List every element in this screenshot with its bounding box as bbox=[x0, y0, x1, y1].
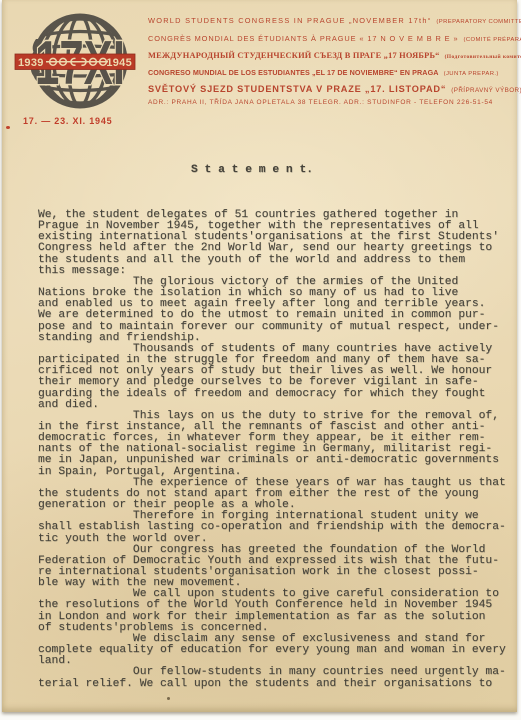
statement-paragraph: The experience of these years of war has… bbox=[38, 478, 516, 511]
paper-speck bbox=[167, 697, 170, 700]
letterhead-line: SVĚTOVÝ SJEZD STUDENTSTVA V PRAZE „17. L… bbox=[148, 84, 516, 99]
letterhead-line-text: CONGRÈS MONDIAL DES ÉTUDIANTS À PRAGUE «… bbox=[148, 34, 458, 43]
letterhead-line-text: SVĚTOVÝ SJEZD STUDENTSTVA V PRAZE „17. L… bbox=[148, 84, 446, 94]
statement-paragraph: Thousands of students of many countries … bbox=[38, 344, 516, 411]
page-root: { "letterhead": { "logo": { "monogram": … bbox=[0, 0, 521, 720]
letterhead-line-note: (JUNTA PREPAR.) bbox=[444, 71, 499, 77]
red-ink-fleck bbox=[6, 126, 10, 129]
letterhead-line-text: WORLD STUDENTS CONGRESS IN PRAGUE „NOVEM… bbox=[148, 16, 431, 25]
document-paper: 17XI 1939 1945 bbox=[2, 0, 517, 712]
congress-dates: 17. — 23. XI. 1945 bbox=[23, 116, 112, 126]
globe-broken-chain-emblem: 17XI 1939 1945 bbox=[24, 11, 136, 115]
letterhead: 17XI 1939 1945 bbox=[2, 0, 517, 140]
statement-paragraph: Our congress has greeted the foundation … bbox=[38, 545, 516, 590]
statement-title: S t a t e m e n t. bbox=[191, 164, 313, 176]
statement-body: We, the student delegates of 51 countrie… bbox=[38, 210, 516, 690]
letterhead-line: ADR.: PRAHA II, TŘÍDA JANA OPLETALA 38 T… bbox=[148, 99, 516, 111]
statement-paragraph: We, the student delegates of 51 countrie… bbox=[38, 210, 516, 277]
letterhead-line-note: (PŘÍPRAVNÝ VÝBOR) bbox=[451, 87, 521, 94]
statement-paragraph: Our fellow-students in many countries ne… bbox=[38, 667, 516, 689]
letterhead-line: WORLD STUDENTS CONGRESS IN PRAGUE „NOVEM… bbox=[148, 16, 516, 34]
letterhead-line-text: ADR.: PRAHA II, TŘÍDA JANA OPLETALA 38 T… bbox=[148, 99, 493, 106]
letterhead-line-note: (COMITÉ PRÉPARATOIRE) bbox=[463, 37, 521, 43]
letterhead-line: CONGRÈS MONDIAL DES ÉTUDIANTS À PRAGUE «… bbox=[148, 34, 516, 51]
statement-paragraph: We call upon students to give careful co… bbox=[38, 589, 516, 634]
letterhead-line: CONGRESO MUNDIAL DE LOS ESTUDIANTES „EL … bbox=[148, 68, 516, 84]
statement-paragraph: We disclaim any sense of exclusiveness a… bbox=[38, 634, 516, 667]
letterhead-line-text: CONGRESO MUNDIAL DE LOS ESTUDIANTES „EL … bbox=[148, 68, 439, 77]
letterhead-lines: WORLD STUDENTS CONGRESS IN PRAGUE „NOVEM… bbox=[148, 16, 516, 111]
letterhead-line: МЕЖДУНАРОДНЫЙ СТУДЕНЧЕСКИЙ СЪЕЗД В ПРАГЕ… bbox=[148, 51, 516, 68]
letterhead-line-note: (PREPARATORY COMMITTEE) bbox=[436, 19, 521, 25]
statement-paragraph: This lays on us the duty to strive for t… bbox=[38, 411, 516, 478]
year-1939: 1939 bbox=[18, 57, 44, 69]
broken-chain-band: 1939 1945 bbox=[15, 54, 135, 70]
letterhead-line-text: МЕЖДУНАРОДНЫЙ СТУДЕНЧЕСКИЙ СЪЕЗД В ПРАГЕ… bbox=[148, 51, 440, 60]
statement-paragraph: Therefore in forging international stude… bbox=[38, 511, 516, 544]
congress-logo: 17XI 1939 1945 bbox=[24, 11, 136, 115]
year-1945: 1945 bbox=[106, 57, 132, 69]
statement-paragraph: The glorious victory of the armies of th… bbox=[38, 277, 516, 344]
letterhead-line-note: (Подготовительный комитет) bbox=[445, 54, 521, 60]
